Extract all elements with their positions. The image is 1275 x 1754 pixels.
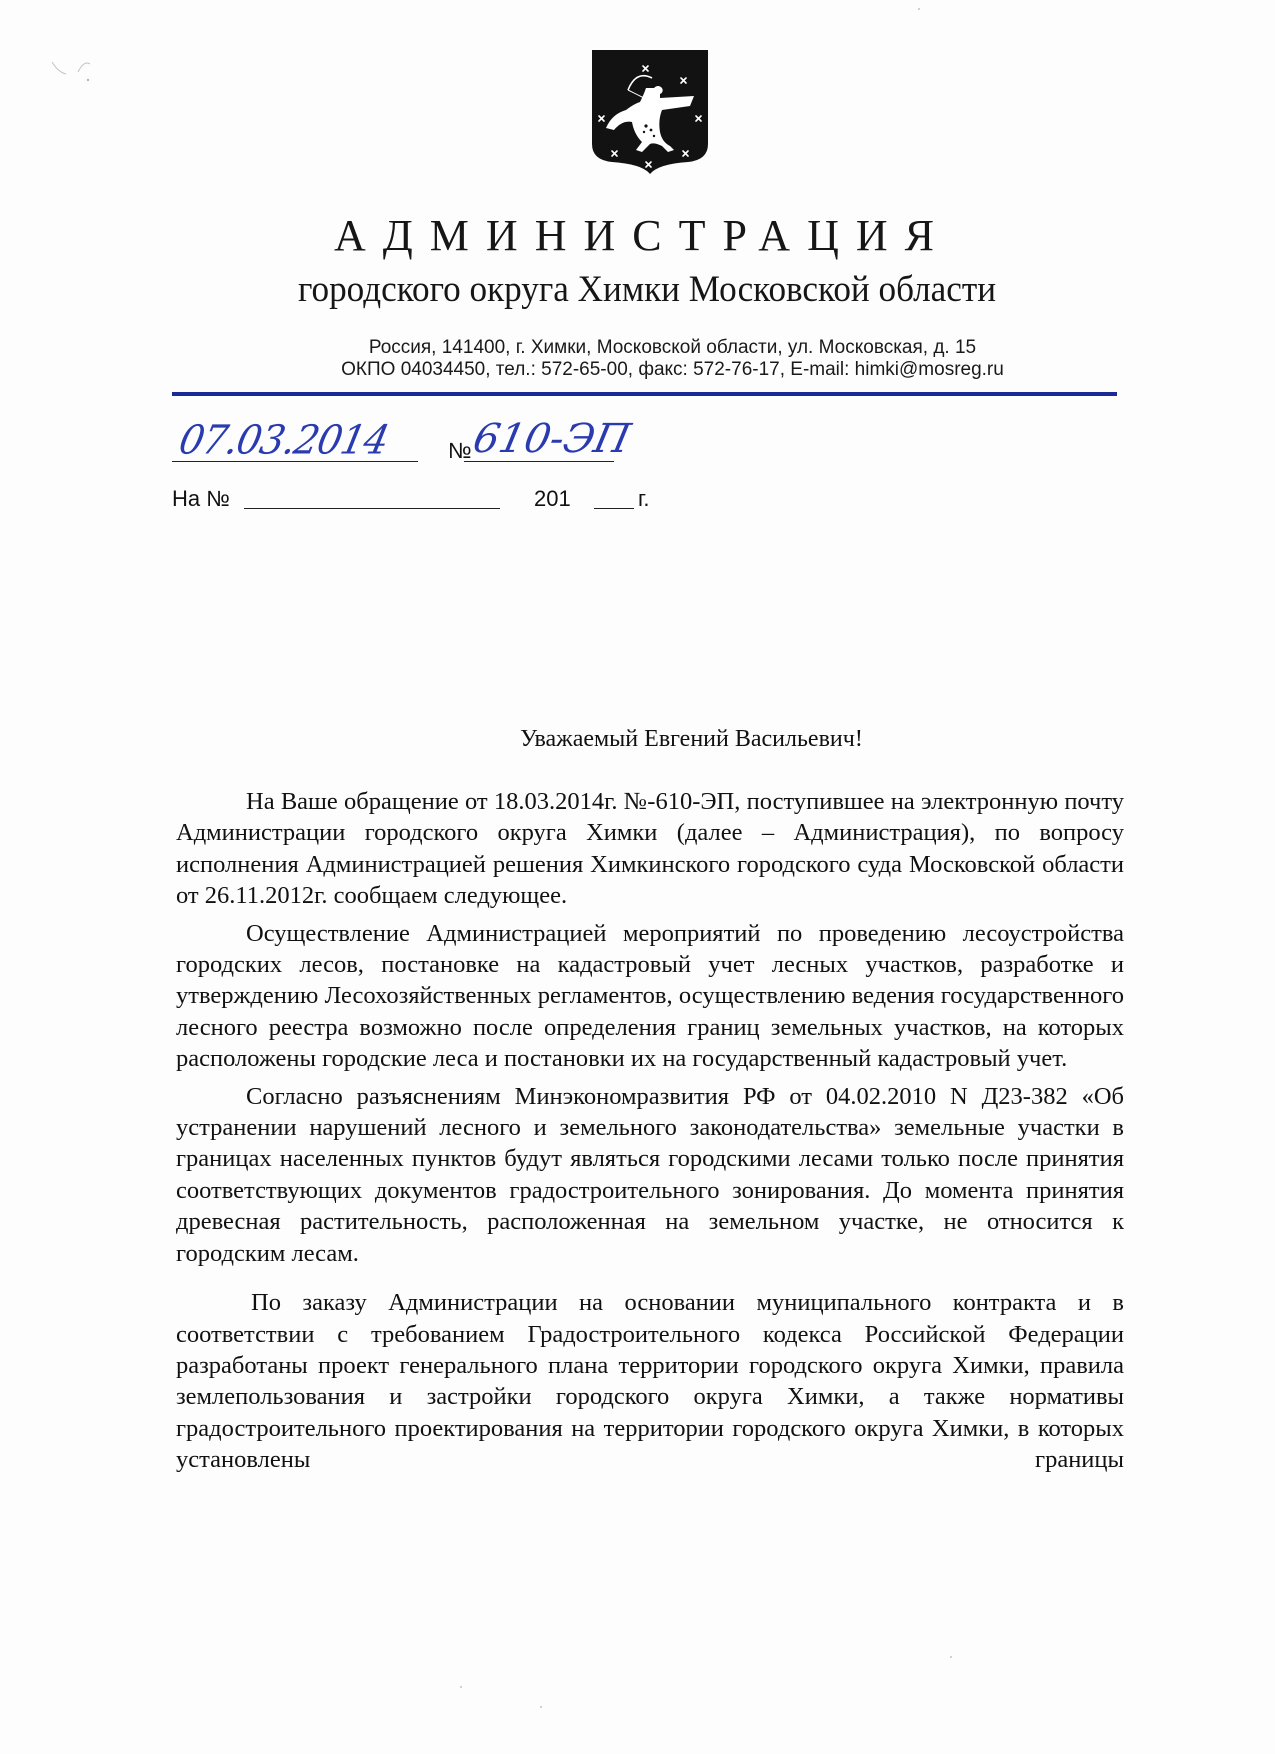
- reference-number-blank: [244, 508, 500, 509]
- reference-number-label: На №: [172, 486, 230, 512]
- handwritten-date: 07.03.2014: [175, 417, 392, 463]
- letterhead-divider: [172, 392, 1117, 396]
- number-underline: [464, 461, 614, 462]
- scan-speck: [540, 1706, 542, 1708]
- outgoing-registration: 07.03.2014 № 610-ЭП: [172, 420, 772, 470]
- scan-speck: [460, 1686, 462, 1688]
- pencil-scribble-mark: [48, 58, 108, 88]
- salutation: Уважаемый Евгений Васильевич!: [0, 724, 1275, 754]
- letter-body: На Ваше обращение от 18.03.2014г. №-610-…: [176, 786, 1124, 1476]
- reference-year-blank: [594, 508, 634, 509]
- letter-page: АДМИНИСТРАЦИЯ городского округа Химки Мо…: [0, 0, 1275, 1754]
- address-line: Россия, 141400, г. Химки, Московской обл…: [0, 336, 1275, 360]
- handwritten-outgoing-number: 610-ЭП: [469, 416, 634, 462]
- organization-title: АДМИНИСТРАЦИЯ: [0, 212, 1275, 260]
- reference-year-suffix: г.: [638, 486, 649, 512]
- contacts-line: ОКПО 04034450, тел.: 572-65-00, факс: 57…: [0, 358, 1275, 382]
- centaur-archer-icon: [588, 48, 712, 176]
- coat-of-arms-emblem: [588, 48, 712, 176]
- incoming-reference: На № 201 г.: [172, 484, 772, 514]
- date-underline: [172, 461, 418, 462]
- reference-year-prefix: 201: [534, 486, 571, 512]
- paragraph: Согласно разъяснениям Минэкономразвития …: [176, 1081, 1124, 1269]
- paragraph: Осуществление Администрацией мероприятий…: [176, 918, 1124, 1075]
- paragraph: На Ваше обращение от 18.03.2014г. №-610-…: [176, 786, 1124, 912]
- paragraph: По заказу Администрации на основании мун…: [176, 1287, 1124, 1475]
- scan-speck: [950, 1656, 952, 1658]
- organization-subtitle: городского округа Химки Московской облас…: [32, 268, 1243, 312]
- scan-speck: [918, 8, 920, 10]
